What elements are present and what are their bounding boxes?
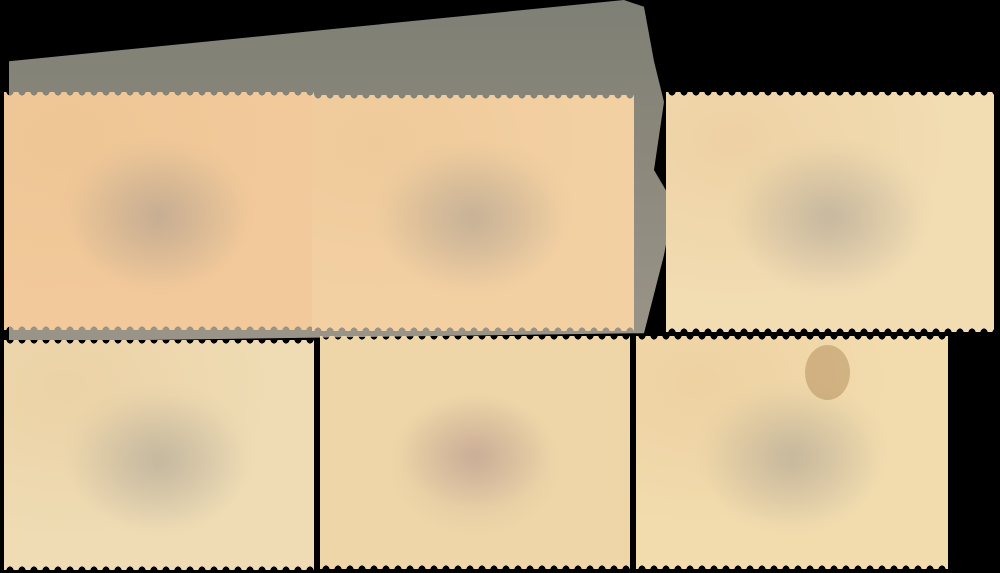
stamp-back-5: [320, 336, 630, 569]
stamp-back-6: [636, 336, 948, 569]
stamp-back-3: [666, 92, 994, 332]
stamp-back-1: [4, 92, 314, 330]
stamp-back-4: [4, 340, 314, 570]
stain-mark: [805, 345, 850, 400]
stamp-back-2: [312, 95, 634, 331]
